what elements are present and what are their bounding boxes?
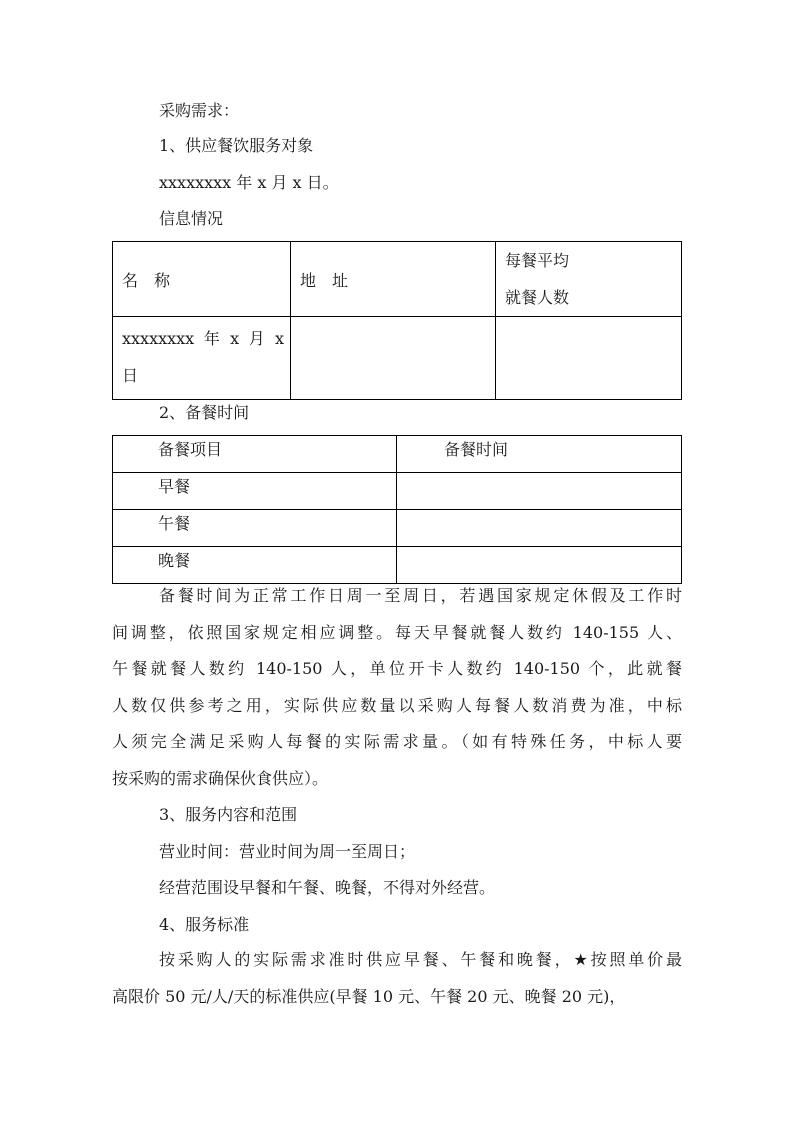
meal-schedule-paragraph: 备餐时间为正常工作日周一至周日，若遇国家规定休假及工作时 间调整，依照国家规定相… (112, 578, 682, 797)
section-2-title: 2、备餐时间 (159, 403, 249, 423)
header-name-label: 名 称 (122, 268, 170, 291)
header-address-label: 地 址 (300, 268, 348, 291)
standard-text-before-star: 按采购人的实际需求准时供应早餐、午餐和晚餐， (159, 950, 573, 969)
row-cell-avg-diners (496, 317, 682, 400)
paragraph-line: 间调整，依照国家规定相应调整。每天早餐就餐人数约 140-155 人、 (112, 615, 682, 652)
header-avg-line2: 就餐人数 (505, 279, 675, 316)
meal-table-header-row: 备餐项目 备餐时间 (113, 436, 682, 473)
info-table: 名 称 地 址 每餐平均 就餐人数 xxxxxxxx 年 x 月 x 日 (112, 241, 682, 400)
meal-time-lunch (397, 510, 682, 547)
header-cell-address: 地 址 (291, 242, 496, 317)
info-table-row: xxxxxxxx 年 x 月 x 日 (113, 317, 682, 400)
paragraph-line: 午餐就餐人数约 140-150 人，单位开卡人数约 140-150 个，此就餐 (112, 651, 682, 688)
paragraph-line: 按采购的需求确保伙食供应）。 (112, 761, 682, 798)
meal-time-table: 备餐项目 备餐时间 早餐 午餐 晚餐 (112, 435, 682, 584)
section-1-title: 1、供应餐饮服务对象 (159, 136, 313, 156)
header-cell-avg-diners: 每餐平均 就餐人数 (496, 242, 682, 317)
business-scope: 经营范围设早餐和午餐、晚餐，不得对外经营。 (159, 878, 495, 898)
row-cell-address (291, 317, 496, 400)
paragraph-line: 高限价 50 元/人/天的标准供应(早餐 10 元、午餐 20 元、晚餐 20 … (112, 979, 682, 1016)
meal-item-lunch: 午餐 (113, 510, 397, 547)
header-meal-item: 备餐项目 (113, 436, 397, 473)
section-4-title: 4、服务标准 (159, 915, 249, 935)
star-icon: ★ (573, 950, 590, 969)
meal-time-breakfast (397, 473, 682, 510)
row-name-line1: xxxxxxxx 年 x 月 x (122, 320, 284, 357)
info-table-header-row: 名 称 地 址 每餐平均 就餐人数 (113, 242, 682, 317)
row-name-line2: 日 (122, 357, 284, 394)
section-3-title: 3、服务内容和范围 (159, 805, 297, 825)
service-standard-paragraph: 按采购人的实际需求准时供应早餐、午餐和晚餐，★按照单价最 高限价 50 元/人/… (112, 942, 682, 1015)
header-cell-name: 名 称 (113, 242, 291, 317)
standard-text-after-star: 按照单价最 (591, 950, 682, 969)
meal-item-breakfast: 早餐 (113, 473, 397, 510)
paragraph-line: 人数仅供参考之用，实际供应数量以采购人每餐人数消费为准，中标 (112, 688, 682, 725)
business-hours: 营业时间：营业时间为周一至周日； (159, 842, 415, 862)
meal-table-row: 午餐 (113, 510, 682, 547)
info-label: 信息情况 (159, 209, 223, 229)
header-meal-time: 备餐时间 (397, 436, 682, 473)
procurement-heading: 采购需求： (159, 101, 239, 121)
paragraph-line: 按采购人的实际需求准时供应早餐、午餐和晚餐，★按照单价最 (112, 942, 682, 979)
service-date-line: xxxxxxxx 年 x 月 x 日。 (159, 173, 339, 193)
paragraph-line: 备餐时间为正常工作日周一至周日，若遇国家规定休假及工作时 (112, 578, 682, 615)
meal-table-row: 早餐 (113, 473, 682, 510)
paragraph-line: 人须完全满足采购人每餐的实际需求量。（如有特殊任务，中标人要 (112, 724, 682, 761)
row-cell-name: xxxxxxxx 年 x 月 x 日 (113, 317, 291, 400)
header-avg-line1: 每餐平均 (505, 242, 675, 279)
